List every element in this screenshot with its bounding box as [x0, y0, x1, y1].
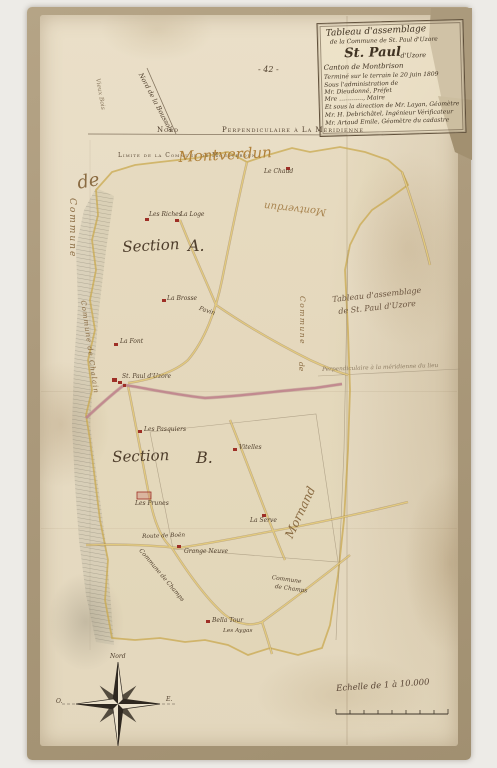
place-label: La Brosse	[167, 296, 197, 302]
place-label: Vitelles	[239, 445, 262, 451]
place-label: Les Prunes	[135, 501, 169, 507]
cartouche-commune-name: St. Paul	[344, 46, 401, 61]
label-section-b-letter: B.	[196, 450, 213, 466]
place-label: St. Paul d'Uzore	[122, 374, 171, 380]
compass-east-label: E.	[166, 697, 172, 703]
scale-bar	[336, 709, 448, 714]
place-label: Grange Neuve	[184, 549, 228, 555]
label-perpendiculaire: Perpendiculaire à La Méridienne	[222, 127, 364, 134]
scanned-map-page: Tableau d'assemblage de la Commune de St…	[0, 0, 497, 768]
place-label: Bella Tour	[212, 618, 243, 624]
label-commune-right: Commune	[299, 296, 307, 345]
label-nord: Nord	[157, 127, 179, 134]
label-section-a-letter: A.	[188, 238, 205, 254]
label-de-cursive: de	[76, 171, 101, 193]
place-label: La Serve	[250, 518, 277, 524]
label-de-right: de	[298, 362, 306, 371]
place-label: Le Chaud	[264, 169, 293, 175]
cartouche-commune-suffix: d'Uzore	[400, 52, 426, 59]
label-commune-left: Commune	[67, 198, 76, 258]
place-label: Les Riches	[149, 212, 182, 218]
compass-west-label: O.	[56, 699, 62, 705]
compass-rose-icon	[62, 662, 175, 746]
place-label: Les Aygas	[223, 629, 252, 635]
commune-boundary	[86, 147, 408, 655]
page-number: - 42 -	[258, 66, 279, 74]
place-label: Les Pasquiers	[144, 427, 186, 433]
place-label: La Loge	[180, 212, 204, 218]
label-section-a: Section	[122, 237, 180, 255]
compass-north-label: Nord	[110, 654, 126, 660]
label-section-b: Section	[112, 448, 170, 465]
place-label: La Font	[120, 339, 143, 345]
cartouche: Tableau d'assemblage de la Commune de St…	[316, 19, 466, 137]
